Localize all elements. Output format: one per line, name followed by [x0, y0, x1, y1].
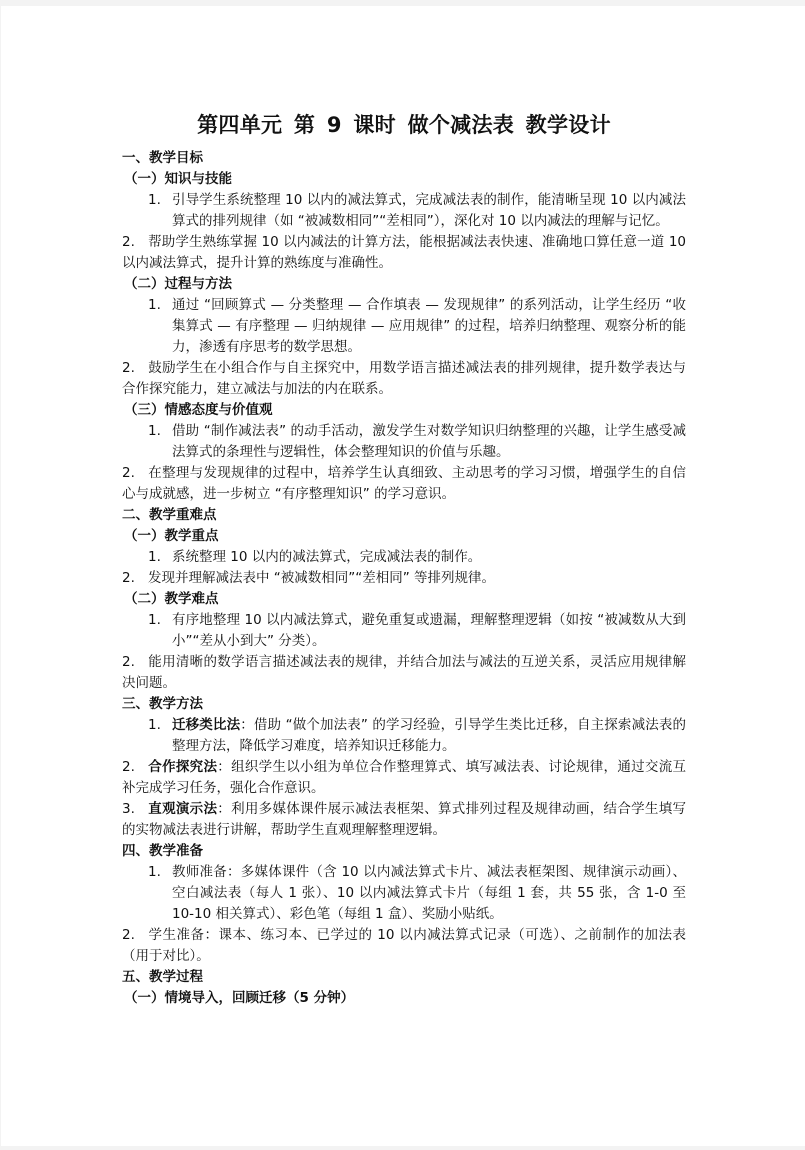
- item-number: 1.: [148, 295, 161, 316]
- list-item: 1. 有序地整理 10 以内减法算式，避免重复或遗漏，理解整理逻辑（如按 “被减…: [122, 610, 686, 652]
- item-text: 教师准备：多媒体课件（含 10 以内减法算式卡片、减法表框架图、规律演示动画）、…: [172, 864, 686, 922]
- section-heading-teaching-methods: 三、教学方法: [122, 694, 686, 715]
- subsection-heading-introduction: （一）情境导入，回顾迁移（5 分钟）: [122, 988, 686, 1009]
- list-item: 1. 借助 “制作减法表” 的动手活动，激发学生对数学知识归纳整理的兴趣，让学生…: [122, 421, 686, 463]
- list-item: 1. 迁移类比法：借助 “做个加法表” 的学习经验，引导学生类比迁移，自主探索减…: [122, 715, 686, 757]
- item-number: 1.: [148, 610, 161, 631]
- list-item: 2.在整理与发现规律的过程中，培养学生认真细致、主动思考的学习习惯，增强学生的自…: [122, 463, 686, 505]
- item-number: 1.: [148, 421, 161, 442]
- item-number: 1.: [148, 862, 161, 883]
- item-text: 在整理与发现规律的过程中，培养学生认真细致、主动思考的学习习惯，增强学生的自信心…: [122, 465, 686, 502]
- list-item: 1. 教师准备：多媒体课件（含 10 以内减法算式卡片、减法表框架图、规律演示动…: [122, 862, 686, 925]
- list-item: 2.发现并理解减法表中 “被减数相同”“差相同” 等排列规律。: [122, 568, 686, 589]
- item-text: 系统整理 10 以内的减法算式，完成减法表的制作。: [172, 549, 481, 565]
- item-number: 1.: [148, 190, 161, 211]
- list-item: 1. 引导学生系统整理 10 以内的减法算式，完成减法表的制作，能清晰呈现 10…: [122, 190, 686, 232]
- section-heading-teaching-process: 五、教学过程: [122, 967, 686, 988]
- item-number: 2.: [122, 925, 148, 946]
- item-text: 鼓励学生在小组合作与自主探究中，用数学语言描述减法表的排列规律，提升数学表达与合…: [122, 360, 686, 397]
- section-heading-preparation: 四、教学准备: [122, 841, 686, 862]
- item-text: ：借助 “做个加法表” 的学习经验，引导学生类比迁移，自主探索减法表的整理方法，…: [172, 717, 686, 754]
- method-term: 直观演示法: [148, 801, 217, 817]
- item-number: 2.: [122, 568, 148, 589]
- item-number: 3.: [122, 799, 148, 820]
- list-item: 3.直观演示法：利用多媒体课件展示减法表框架、算式排列过程及规律动画，结合学生填…: [122, 799, 686, 841]
- item-text: 帮助学生熟练掌握 10 以内减法的计算方法，能根据减法表快速、准确地口算任意一道…: [122, 234, 686, 271]
- document-page: 第四单元 第 9 课时 做个减法表 教学设计 一、教学目标 （一）知识与技能 1…: [1, 6, 805, 1146]
- item-number: 2.: [122, 652, 148, 673]
- document-content: 第四单元 第 9 课时 做个减法表 教学设计 一、教学目标 （一）知识与技能 1…: [122, 110, 686, 1009]
- list-item: 2.能用清晰的数学语言描述减法表的规律，并结合加法与减法的互逆关系，灵活应用规律…: [122, 652, 686, 694]
- item-text: 有序地整理 10 以内减法算式，避免重复或遗漏，理解整理逻辑（如按 “被减数从大…: [172, 612, 686, 649]
- item-number: 2.: [122, 358, 148, 379]
- list-item: 2.学生准备：课本、练习本、已学过的 10 以内减法算式记录（可选）、之前制作的…: [122, 925, 686, 967]
- list-item: 2.鼓励学生在小组合作与自主探究中，用数学语言描述减法表的排列规律，提升数学表达…: [122, 358, 686, 400]
- subsection-heading-attitudes-values: （三）情感态度与价值观: [122, 400, 686, 421]
- item-number: 2.: [122, 463, 148, 484]
- item-text: 能用清晰的数学语言描述减法表的规律，并结合加法与减法的互逆关系，灵活应用规律解决…: [122, 654, 686, 691]
- method-term: 迁移类比法: [172, 717, 240, 733]
- list-item: 2.合作探究法：组织学生以小组为单位合作整理算式、填写减法表、讨论规律，通过交流…: [122, 757, 686, 799]
- list-item: 1. 系统整理 10 以内的减法算式，完成减法表的制作。: [122, 547, 686, 568]
- item-number: 2.: [122, 757, 148, 778]
- item-number: 1.: [148, 715, 161, 736]
- section-heading-objectives: 一、教学目标: [122, 148, 686, 169]
- item-text: 借助 “制作减法表” 的动手活动，激发学生对数学知识归纳整理的兴趣，让学生感受减…: [172, 423, 686, 460]
- item-number: 2.: [122, 232, 148, 253]
- item-text: 引导学生系统整理 10 以内的减法算式，完成减法表的制作，能清晰呈现 10 以内…: [172, 192, 686, 229]
- item-text: 发现并理解减法表中 “被减数相同”“差相同” 等排列规律。: [148, 570, 495, 586]
- list-item: 2.帮助学生熟练掌握 10 以内减法的计算方法，能根据减法表快速、准确地口算任意…: [122, 232, 686, 274]
- subsection-heading-process-methods: （二）过程与方法: [122, 274, 686, 295]
- document-title: 第四单元 第 9 课时 做个减法表 教学设计: [112, 110, 696, 140]
- subsection-heading-knowledge-skills: （一）知识与技能: [122, 169, 686, 190]
- section-heading-key-difficult-points: 二、教学重难点: [122, 505, 686, 526]
- item-text: 通过 “回顾算式 — 分类整理 — 合作填表 — 发现规律” 的系列活动，让学生…: [172, 297, 686, 355]
- subsection-heading-difficult-points: （二）教学难点: [122, 589, 686, 610]
- item-number: 1.: [148, 547, 161, 568]
- subsection-heading-key-points: （一）教学重点: [122, 526, 686, 547]
- item-text: 学生准备：课本、练习本、已学过的 10 以内减法算式记录（可选）、之前制作的加法…: [122, 927, 686, 964]
- method-term: 合作探究法: [148, 759, 217, 775]
- list-item: 1. 通过 “回顾算式 — 分类整理 — 合作填表 — 发现规律” 的系列活动，…: [122, 295, 686, 358]
